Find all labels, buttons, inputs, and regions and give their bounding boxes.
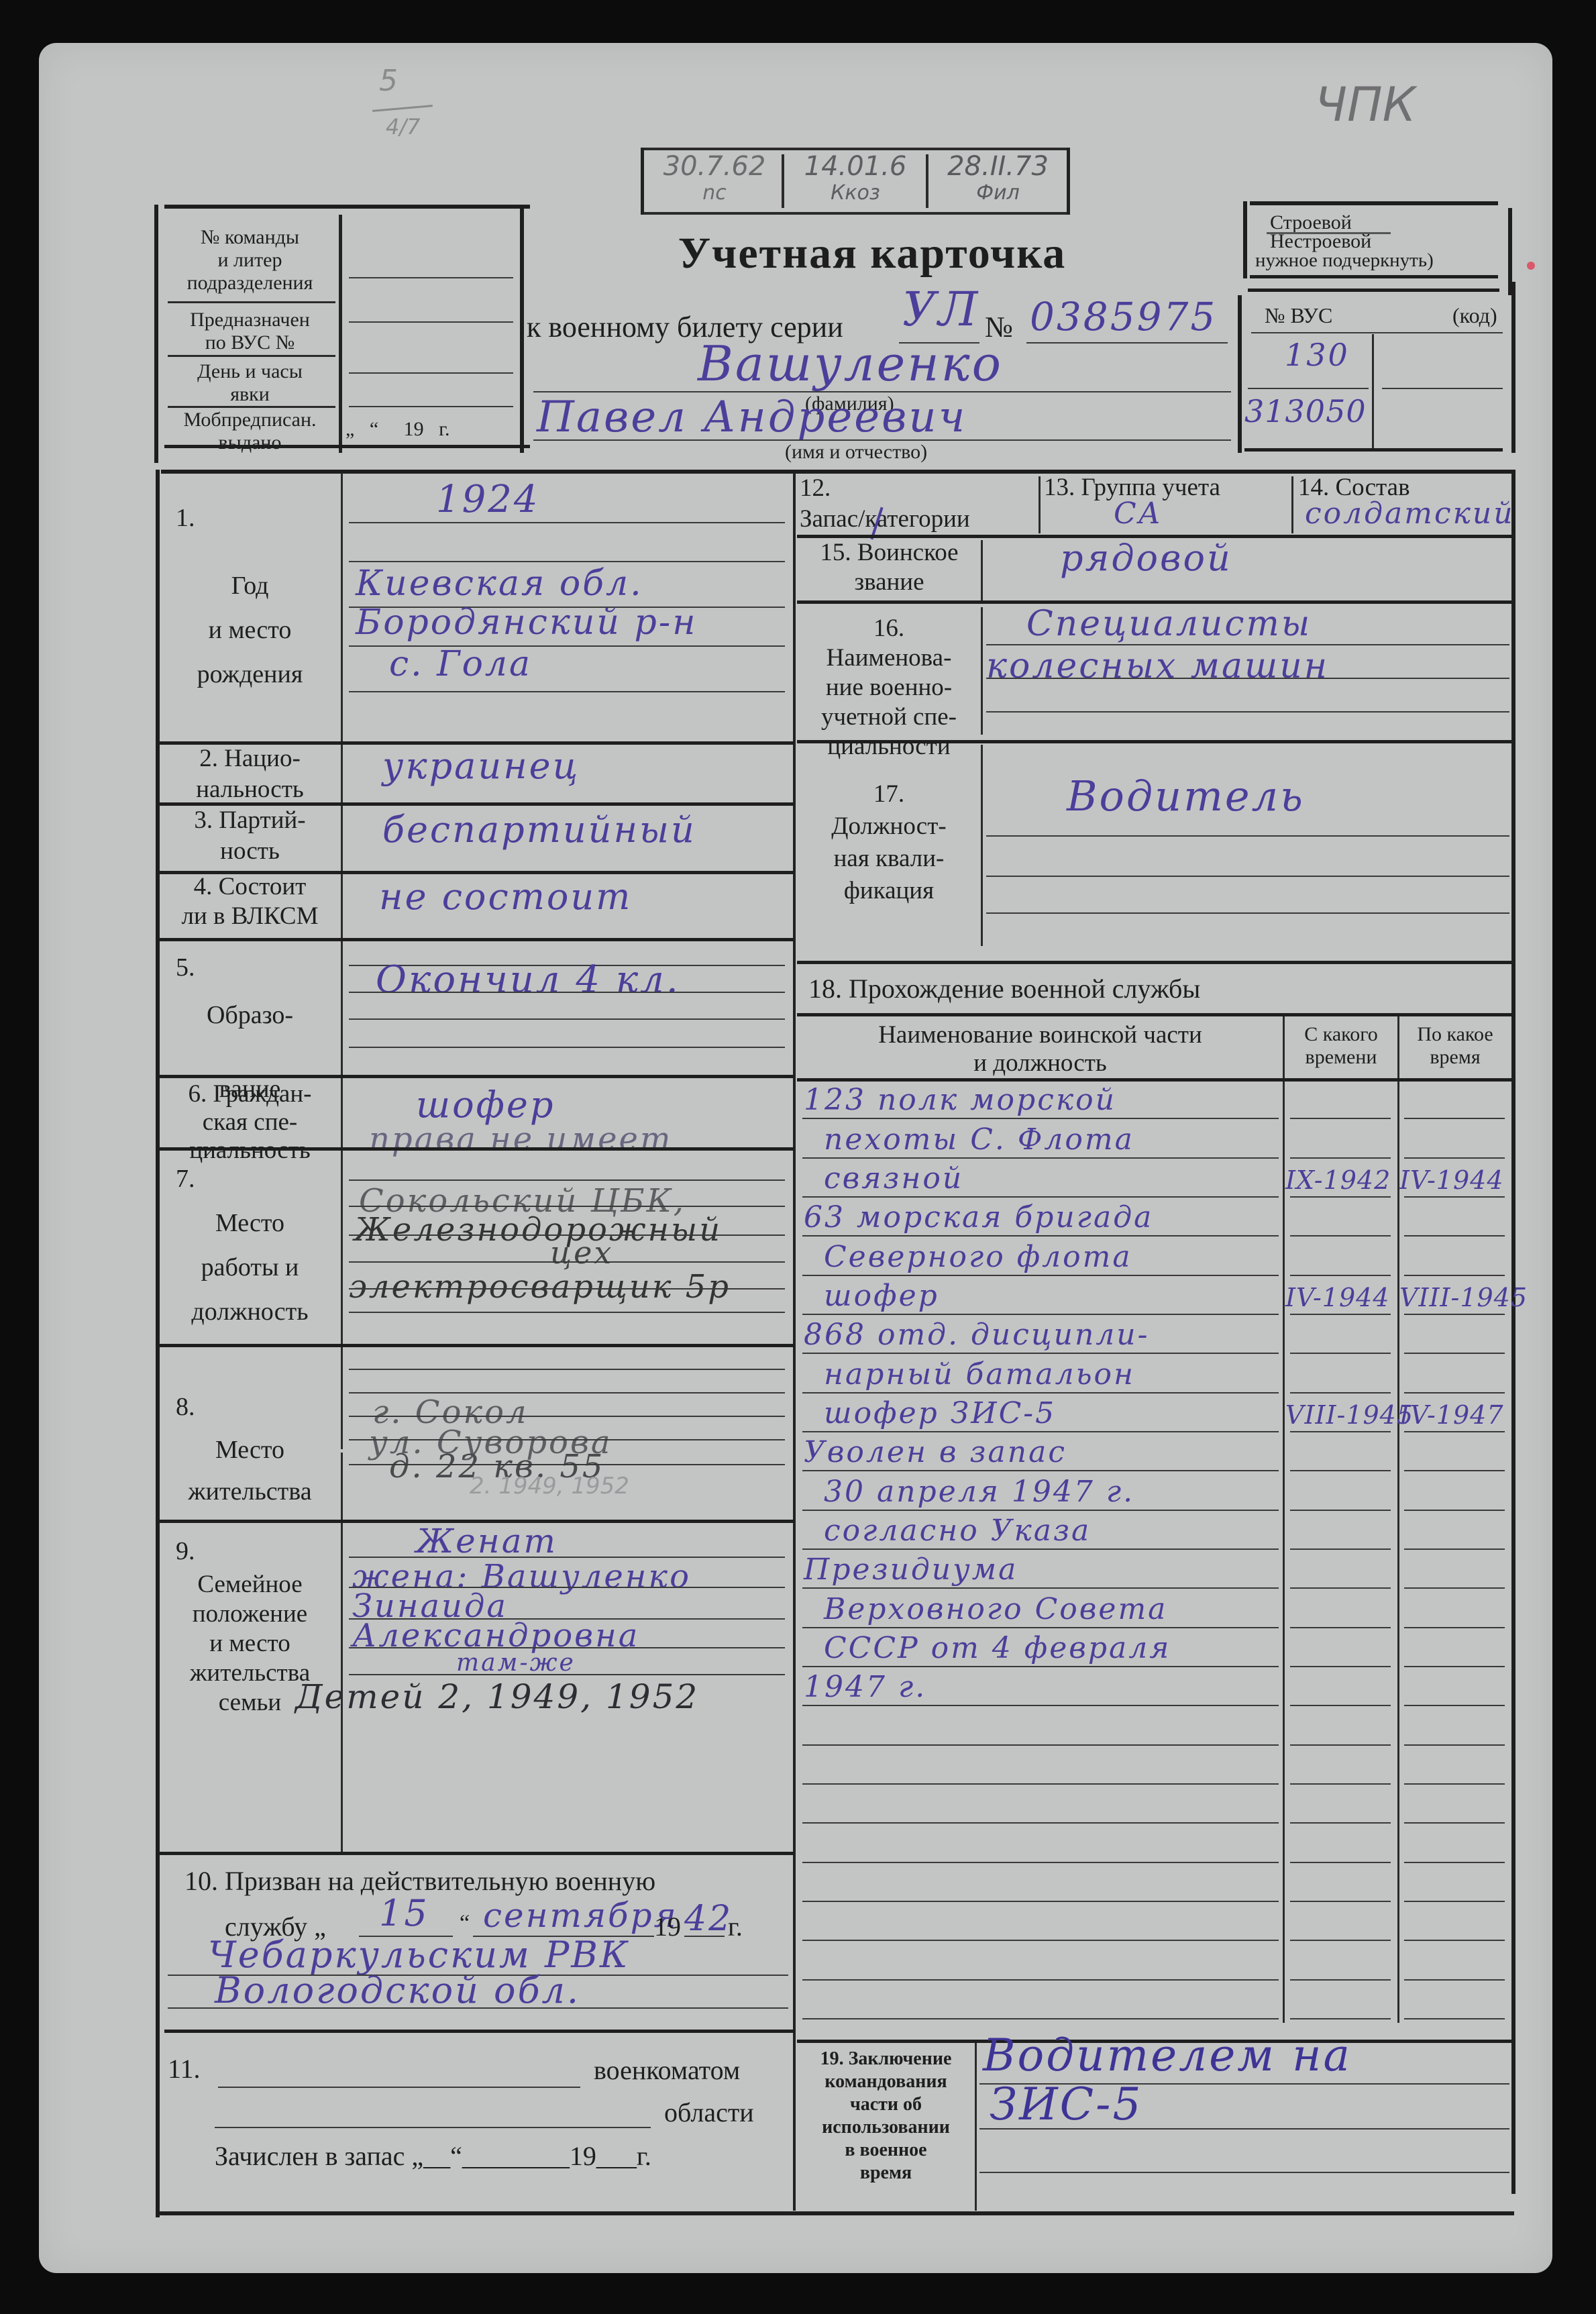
workplace-line-2: Железнодорожный: [354, 1211, 722, 1249]
ruled-line: [1290, 1510, 1391, 1511]
table-row: Верховного Совета: [797, 1590, 1511, 1629]
ruled-line: [1404, 1705, 1505, 1706]
ruled-line: [1290, 1118, 1391, 1119]
assigned-vus-label: Предназначен по ВУС №: [164, 309, 335, 354]
ruled-line: [1404, 1862, 1505, 1863]
table-row: 63 морская бригада: [797, 1199, 1511, 1238]
top-left-box: № команды и литер подразделения Предназн…: [154, 205, 527, 463]
ruled-line: [802, 1196, 1279, 1198]
ruled-line: [802, 1275, 1279, 1276]
composition-value: солдатский: [1305, 496, 1515, 531]
ruled-line: [1404, 1314, 1505, 1315]
ruled-line: [802, 1822, 1279, 1824]
ruled-line: [1290, 1196, 1391, 1198]
ruled-line: [1290, 1470, 1391, 1471]
ruled-line: [802, 1235, 1279, 1237]
year-suffix: г.: [728, 1911, 743, 1942]
ruled-line: [1290, 1783, 1391, 1785]
ruled-line: [802, 1314, 1279, 1315]
birth-year: 1924: [436, 478, 540, 521]
arrival-day-label: День и часы явки: [164, 360, 335, 406]
ruled-line: [1404, 1783, 1505, 1785]
conscription-year: 42: [684, 1899, 733, 1939]
ruled-line: [802, 1470, 1279, 1471]
ruled-line: [1290, 1587, 1391, 1589]
unit-and-position: Президиума: [804, 1553, 1018, 1587]
ruled-line: [1290, 1705, 1391, 1706]
mil-specialty-line-1: Специалисты: [1026, 604, 1312, 644]
name-patronymic-value: Павел Андреевич: [537, 392, 967, 442]
code-label: (код): [1452, 303, 1497, 328]
mil-specialty-line-2: колесных машин: [986, 646, 1329, 686]
vus-box: № ВУС (код) 130 313050: [1238, 288, 1520, 456]
military-rank-value: рядовой: [1060, 537, 1232, 579]
s8-label: Место жительства: [161, 1429, 339, 1512]
ruled-line: [1290, 1157, 1391, 1159]
ruled-line: [1290, 1666, 1391, 1667]
ruled-line: [1404, 1901, 1505, 1902]
ruled-line: [1404, 1587, 1505, 1589]
ruled-line: [1404, 1666, 1505, 1667]
unit-and-position: 1947 г.: [804, 1670, 926, 1704]
workplace-line-4: электросварщик 5р: [349, 1268, 731, 1306]
command-conclusion-line-1: Водителем на: [983, 2030, 1352, 2081]
ruled-line: [1290, 1353, 1391, 1354]
surname-value: Вашуленко: [698, 335, 1003, 392]
ruled-line: [1290, 2018, 1391, 2019]
ruled-line: [1290, 1979, 1391, 1981]
table-row: пехоты С. Флота: [797, 1120, 1511, 1159]
ruled-line: [802, 1118, 1279, 1119]
ruled-line: [802, 1705, 1279, 1706]
voenkomat-label: военкоматом: [594, 2054, 740, 2086]
table-row: Уволен в запас: [797, 1434, 1511, 1473]
unit-and-position: шофер: [824, 1279, 939, 1313]
s16-label: 16. Наименова- ние военно- учетной спе- …: [798, 614, 979, 761]
ruled-line: [802, 1783, 1279, 1785]
education-value: Окончил 4 кл.: [376, 958, 680, 1002]
civil-specialty-value: шофер: [416, 1084, 555, 1126]
ruled-line: [1290, 1901, 1391, 1902]
service-type-box: Строевой Нестроевой нужное подчеркнуть): [1243, 201, 1518, 295]
ruled-line: [1290, 1627, 1391, 1628]
command-conclusion-line-2: ЗИС-5: [990, 2079, 1142, 2130]
pencil-note-top-left-2: 4/7: [386, 114, 421, 140]
s3-label: 3. Партий- ность: [161, 805, 339, 867]
conscription-month: сентября: [483, 1896, 678, 1935]
ruled-line: [1404, 1979, 1505, 1981]
ruled-line: [1290, 1392, 1391, 1393]
s18-header-from: С какого времени: [1285, 1023, 1397, 1069]
underline-hint: нужное подчеркнуть): [1255, 251, 1434, 270]
to-date: VIII-1945: [1399, 1283, 1528, 1312]
s18-header-to: По какое время: [1399, 1023, 1511, 1069]
from-date: IX-1942: [1285, 1165, 1391, 1195]
ruled-line: [1404, 1196, 1505, 1198]
option-nestroevoy: Нестроевой: [1270, 232, 1371, 251]
page-title: Учетная карточка: [624, 228, 1120, 279]
s17-label: 17. Должност- ная квали- фикация: [798, 778, 979, 907]
ruled-line: [802, 1431, 1279, 1432]
table-row: согласно Указа: [797, 1512, 1511, 1551]
table-row: шоферIV-1944VIII-1945: [797, 1277, 1511, 1316]
ruled-line: [1290, 1314, 1391, 1315]
ruled-line: [1404, 1822, 1505, 1824]
workplace-line-3: цех: [550, 1234, 613, 1271]
s7-number: 7.: [176, 1164, 195, 1194]
ruled-line: [802, 1627, 1279, 1628]
s5-number: 5.: [176, 953, 195, 982]
ruled-line: [802, 1979, 1279, 1981]
s1-number: 1.: [176, 503, 195, 533]
ticket-series: УЛ: [902, 282, 979, 337]
table-row: 30 апреля 1947 г.: [797, 1473, 1511, 1512]
unit-and-position: Северного флота: [824, 1240, 1132, 1274]
from-date: VIII-1945: [1285, 1400, 1414, 1430]
ruled-line: [1404, 1235, 1505, 1237]
oblast-label: области: [664, 2097, 754, 2128]
service-history-table: 123 полк морскойпехоты С. ФлотасвязнойIX…: [797, 1082, 1511, 2021]
ruled-line: [1404, 1510, 1505, 1511]
ruled-line: [1290, 1548, 1391, 1550]
to-date: IV-1944: [1399, 1165, 1504, 1195]
unit-and-position: Уволен в запас: [804, 1435, 1067, 1469]
s4-label: 4. Состоит ли в ВЛКСМ: [161, 872, 339, 931]
civil-specialty-note: права не имеет: [369, 1120, 672, 1158]
ruled-line: [1290, 1431, 1391, 1432]
ruled-line: [1290, 1822, 1391, 1824]
table-row: Северного флота: [797, 1238, 1511, 1277]
ruled-line: [1404, 2018, 1505, 2019]
team-number-label: № команды и литер подразделения: [164, 226, 335, 295]
ruled-line: [1290, 1744, 1391, 1746]
s1-label: Год и место рождения: [161, 564, 339, 696]
reserve-enrollment-label: Зачислен в запас „__“________19___г.: [215, 2140, 651, 2172]
ruled-line: [1290, 1275, 1391, 1276]
ruled-line: [802, 1157, 1279, 1159]
name-caption: (имя и отчество): [785, 441, 927, 464]
ticket-number: 0385975: [1030, 294, 1217, 339]
form-center-divider: [793, 473, 796, 2211]
table-row: [797, 1942, 1511, 1981]
s6-label: 6. Граждан- ская спе- циальность: [161, 1080, 339, 1165]
stamp-box: 30.7.62nс 14.01.6Ккоз 28.II.73Фил: [641, 148, 1070, 215]
table-row: шофер ЗИС-5VIII-1945IV-1947: [797, 1395, 1511, 1434]
ruled-line: [1404, 1744, 1505, 1746]
birth-place-oblast: Киевская обл.: [356, 564, 643, 604]
birth-place-raion: Бородянский р-н: [356, 602, 698, 643]
ruled-line: [802, 1862, 1279, 1863]
children-info: Детей 2, 1949, 1952: [295, 1677, 699, 1716]
table-row: связнойIX-1942IV-1944: [797, 1160, 1511, 1199]
unit-and-position: нарный батальон: [824, 1357, 1135, 1391]
s18-title: 18. Прохождение военной службы: [808, 973, 1200, 1004]
unit-and-position: 868 отд. дисципли-: [804, 1318, 1150, 1352]
red-mark: [1527, 262, 1535, 270]
pencil-note-top-right: ЧПК: [1315, 77, 1416, 132]
stamp-entry-2: 14.01.6Ккоз: [788, 153, 922, 207]
unit-and-position: 30 апреля 1947 г.: [824, 1475, 1134, 1509]
top-left-values: [349, 225, 510, 446]
birth-place-village: с. Гола: [389, 644, 532, 684]
accounting-group-value: СА: [1114, 496, 1163, 531]
table-row: 123 полк морской: [797, 1082, 1511, 1120]
marital-status: Женат: [416, 1522, 557, 1561]
ruled-line: [1404, 1118, 1505, 1119]
unit-and-position: шофер ЗИС-5: [824, 1396, 1056, 1430]
table-row: [797, 1825, 1511, 1864]
table-row: СССР от 4 февраля: [797, 1630, 1511, 1669]
nationality-value: украинец: [382, 745, 580, 787]
s19-label: 19. Заключение командования части об исп…: [797, 2048, 975, 2185]
option-stroevoy: Строевой: [1270, 213, 1352, 232]
party-value: беспартийный: [382, 808, 696, 851]
conscription-oblast: Вологодской обл.: [215, 1969, 580, 2011]
table-row: 1947 г.: [797, 1669, 1511, 1707]
s11-number: 11.: [168, 2053, 201, 2085]
table-row: Президиума: [797, 1551, 1511, 1590]
ruled-line: [1404, 1157, 1505, 1159]
stamp-entry-1: 30.7.62nс: [651, 153, 778, 207]
position-qualification-value: Водитель: [1067, 772, 1305, 821]
ruled-line: [1290, 1862, 1391, 1863]
ruled-line: [802, 2018, 1279, 2019]
s12-label: 12. Запас/категории: [800, 473, 1041, 535]
unit-and-position: связной: [824, 1161, 963, 1196]
form-right-border: [1511, 470, 1515, 2194]
ruled-line: [802, 1587, 1279, 1589]
mob-order-label: Мобпредписан. выдано: [164, 409, 335, 454]
pencil-note-top-left: 5: [379, 64, 398, 98]
ruled-line: [802, 1940, 1279, 1941]
table-row: нарный батальон: [797, 1355, 1511, 1394]
vus-label: № ВУС: [1265, 303, 1332, 328]
unit-and-position: 123 полк морской: [804, 1083, 1116, 1117]
vus-number: 130: [1285, 337, 1350, 373]
s9-number: 9.: [176, 1536, 195, 1566]
ruled-line: [1290, 1940, 1391, 1941]
ruled-line: [1404, 1275, 1505, 1276]
table-row: [797, 1982, 1511, 2021]
ruled-line: [1404, 1627, 1505, 1628]
ruled-line: [1404, 1431, 1505, 1432]
unit-and-position: согласно Указа: [824, 1514, 1091, 1548]
ruled-line: [802, 1353, 1279, 1354]
unit-and-position: пехоты С. Флота: [824, 1122, 1134, 1157]
from-date: IV-1944: [1285, 1283, 1390, 1312]
unit-and-position: СССР от 4 февраля: [824, 1631, 1171, 1665]
unit-and-position: Верховного Совета: [824, 1592, 1167, 1626]
table-row: [797, 1707, 1511, 1746]
ruled-line: [1404, 1353, 1505, 1354]
quote-mark: “: [460, 1911, 470, 1936]
table-row: [797, 1786, 1511, 1825]
to-date: IV-1947: [1399, 1400, 1504, 1430]
komsomol-value: не состоит: [379, 876, 632, 918]
table-row: [797, 1747, 1511, 1786]
year-prefix: 19: [654, 1911, 681, 1942]
ruled-line: [802, 1510, 1279, 1511]
ruled-line: [802, 1744, 1279, 1746]
residence-faint-note: 2. 1949, 1952: [470, 1473, 629, 1500]
ruled-line: [1404, 1940, 1505, 1941]
table-row: 868 отд. дисципли-: [797, 1316, 1511, 1355]
ruled-line: [1404, 1470, 1505, 1471]
conscription-day: 15: [379, 1892, 429, 1934]
table-row: [797, 1903, 1511, 1942]
ruled-line: [1404, 1392, 1505, 1393]
vus-code: 313050: [1244, 393, 1367, 429]
form-bottom-border: [156, 2211, 1514, 2215]
stamp-entry-3: 28.II.73Фил: [933, 153, 1063, 207]
s8-number: 8.: [176, 1392, 195, 1422]
spouse-residence: там-же: [456, 1649, 576, 1677]
ruled-line: [802, 1901, 1279, 1902]
ruled-line: [1290, 1235, 1391, 1237]
ruled-line: [802, 1392, 1279, 1393]
s5-label-1: Образо-: [161, 1000, 339, 1031]
s2-label: 2. Нацио- нальность: [161, 743, 339, 805]
unit-and-position: 63 морская бригада: [804, 1200, 1153, 1234]
s7-label: Место работы и должность: [161, 1201, 339, 1334]
ruled-line: [1404, 1548, 1505, 1550]
ruled-line: [802, 1548, 1279, 1550]
ruled-line: [802, 1666, 1279, 1667]
s18-header-unit: Наименование воинской части и должность: [797, 1021, 1283, 1077]
table-row: [797, 1864, 1511, 1903]
s15-label: 15. Воинское звание: [797, 538, 981, 597]
